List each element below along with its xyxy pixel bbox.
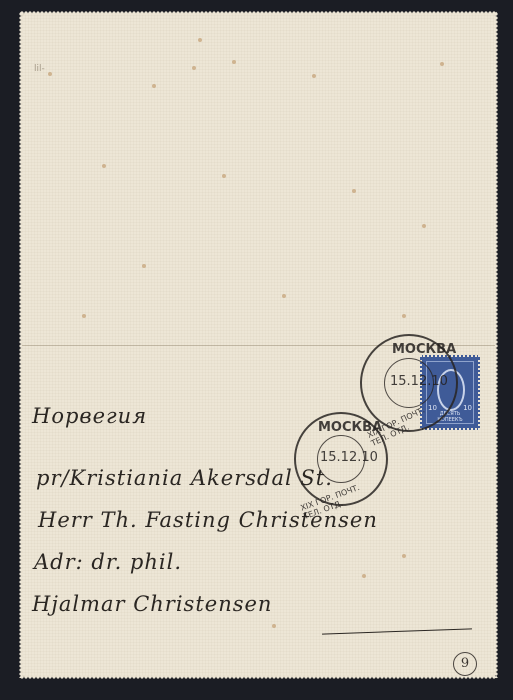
address-line-country: Норвегия	[32, 404, 147, 428]
postmark-upper: МОСКВА 15.12.10 XIX ГОР. ПОЧТ. ТЕЛ. ОТД.	[360, 334, 458, 432]
postmark-lower: МОСКВА 15.12.10 XIX ГОР. ПОЧТ. ТЕЛ. ОТД.	[294, 412, 388, 506]
address-line-addressee: Hjalmar Christensen	[32, 592, 272, 616]
address-line-care-of: Adr: dr. phil.	[34, 550, 182, 574]
underline-stroke	[322, 628, 472, 634]
perforation-bottom	[20, 675, 497, 679]
perforation-top	[20, 11, 497, 15]
address-line-city: pr/Kristiania Akersdal St.	[36, 466, 333, 490]
circled-number: 9	[453, 652, 477, 676]
letter-card: lil- Норвегия pr/Kristiania Akersdal St.…	[22, 14, 495, 676]
corner-mark: lil-	[34, 64, 45, 74]
